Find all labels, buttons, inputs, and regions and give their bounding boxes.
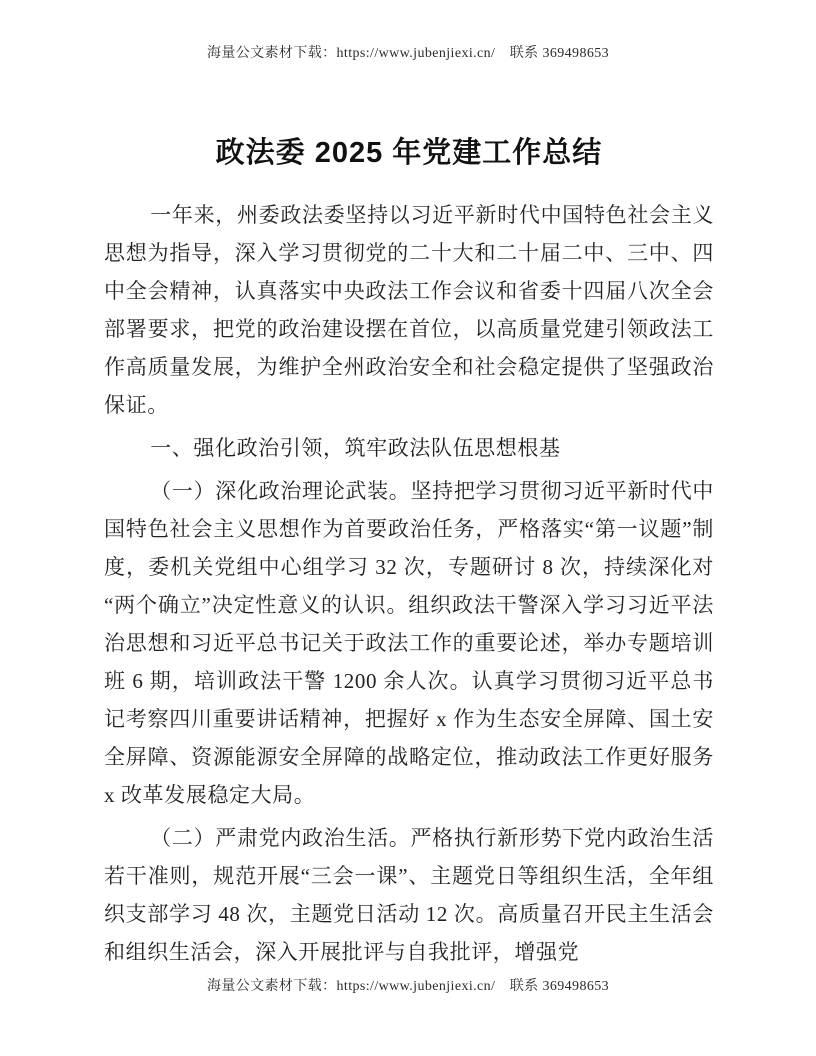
document-page: 海量公文素材下载：https://www.jubenjiexi.cn/ 联系 3… xyxy=(0,0,816,1056)
paragraph-section1-item2: （二）严肃党内政治生活。严格执行新形势下党内政治生活若干准则，规范开展“三会一课… xyxy=(104,819,714,971)
footer-watermark-note: 海量公文素材下载：https://www.jubenjiexi.cn/ 联系 3… xyxy=(0,975,816,995)
section-heading-1: 一、强化政治引领，筑牢政法队伍思想根基 xyxy=(104,429,714,467)
paragraph-section1-item1: （一）深化政治理论武装。坚持把学习贯彻习近平新时代中国特色社会主义思想作为首要政… xyxy=(104,472,714,814)
document-content: 政法委 2025 年党建工作总结 一年来，州委政法委坚持以习近平新时代中国特色社… xyxy=(104,131,714,976)
header-watermark-note: 海量公文素材下载：https://www.jubenjiexi.cn/ 联系 3… xyxy=(0,42,816,62)
document-title: 政法委 2025 年党建工作总结 xyxy=(104,131,714,175)
paragraph-intro: 一年来，州委政法委坚持以习近平新时代中国特色社会主义思想为指导，深入学习贯彻党的… xyxy=(104,196,714,424)
